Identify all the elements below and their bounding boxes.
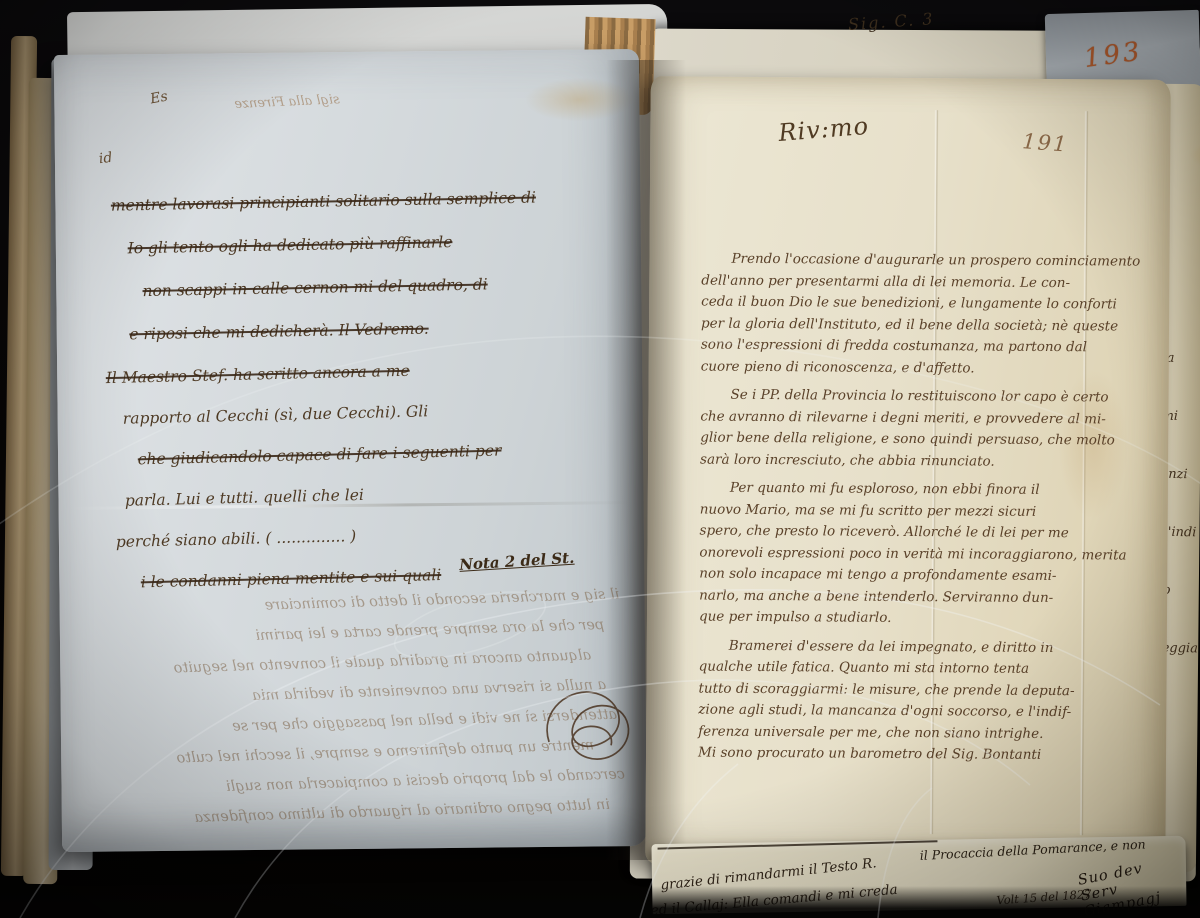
letter-body: Prendo l'occasione d'augurarle un prospe… bbox=[698, 249, 1154, 775]
handwriting-line: Prendo l'occasione d'augurarle un prospe… bbox=[701, 249, 1153, 274]
handwriting-line: glior bene della religione, e sono quind… bbox=[700, 428, 1152, 453]
handwriting-line: narlo, ma anche a bene intenderlo. Servi… bbox=[699, 585, 1151, 610]
handwriting-line: ceda il buon Dio le sue benedizioni, e l… bbox=[701, 292, 1153, 317]
handwriting-line: non solo incapace mi tengo a profondamen… bbox=[699, 564, 1151, 589]
letter-paragraph-2: Se i PP. della Provincia lo restituiscon… bbox=[700, 385, 1153, 474]
handwriting-line: spero, che presto lo riceverò. Allorché … bbox=[700, 521, 1152, 546]
handwriting-line: tutto di scoraggiarmi: le misure, che pr… bbox=[698, 678, 1150, 703]
manuscript-photo: 193 Sig. C. 3 Es id sigl alla Firenze me… bbox=[0, 0, 1200, 918]
corner-mark: Es bbox=[149, 89, 169, 108]
right-page: Riv:mo 191 Prendo l'occasione d'augurarl… bbox=[645, 76, 1170, 868]
handwriting-line: Bramerei d'essere da lei impegnato, e di… bbox=[699, 635, 1151, 660]
handwriting-line: nuovo Mario, ma se mi fu scritto per mez… bbox=[700, 499, 1152, 524]
letter-paragraph-4: Bramerei d'essere da lei impegnato, e di… bbox=[698, 635, 1151, 767]
letter-paragraph-1: Prendo l'occasione d'augurarle un prospe… bbox=[701, 249, 1154, 381]
handwriting-line: che avranno di rilevarne i degni meriti,… bbox=[700, 406, 1152, 431]
handwriting-line: ferenza universale per me, che non siano… bbox=[698, 721, 1150, 746]
handwriting-line: qualche utile fatica. Quanto mi sta into… bbox=[699, 657, 1151, 682]
handwriting-line: onorevoli espressioni poco in verità mi … bbox=[699, 542, 1151, 567]
note-line: il Procaccia della Pomarance, e non bbox=[919, 837, 1146, 863]
corner-mark: id bbox=[98, 150, 113, 167]
handwriting-line: cuore pieno di riconoscenza, e d'affetto… bbox=[701, 356, 1153, 381]
tab-number-label: 193 bbox=[1082, 37, 1144, 74]
handwriting-line: zione agli studi, la mancanza d'ogni soc… bbox=[698, 700, 1150, 725]
paper-stain bbox=[524, 77, 634, 122]
letter-paragraph-3: Per quanto mi fu esploroso, non ebbi fin… bbox=[699, 478, 1152, 632]
handwriting-line: dell'anno per presentarmi alla di lei me… bbox=[701, 270, 1153, 295]
handwriting-line: Se i PP. della Provincia lo restituiscon… bbox=[700, 385, 1152, 410]
left-page: Es id sigl alla Firenze mentre lavorasi … bbox=[54, 49, 647, 852]
handwriting-line: que per impulso a studiarlo. bbox=[699, 607, 1151, 632]
draft-paragraph-struck: mentre lavorasi principianti solitario s… bbox=[110, 175, 613, 357]
handwriting-line: per la gloria dell'Instituto, ed il bene… bbox=[701, 313, 1153, 338]
bottom-shadow bbox=[0, 886, 1200, 918]
handwriting-line: Per quanto mi fu esploroso, non ebbi fin… bbox=[700, 478, 1152, 503]
handwriting-line: sarà loro incresciuto, che abbia rinunci… bbox=[700, 449, 1152, 474]
handwriting-line: sono l'espressioni di fredda costumanza,… bbox=[701, 335, 1153, 360]
faint-bleedthrough-line: sigl alla Firenze bbox=[234, 92, 340, 112]
letter-salutation: Riv:mo bbox=[777, 112, 870, 147]
page-number: 191 bbox=[1021, 129, 1069, 156]
ink-scribble-blot bbox=[530, 649, 651, 780]
handwriting-line: Mi sono procurato un barometro del Sig. … bbox=[698, 743, 1150, 768]
